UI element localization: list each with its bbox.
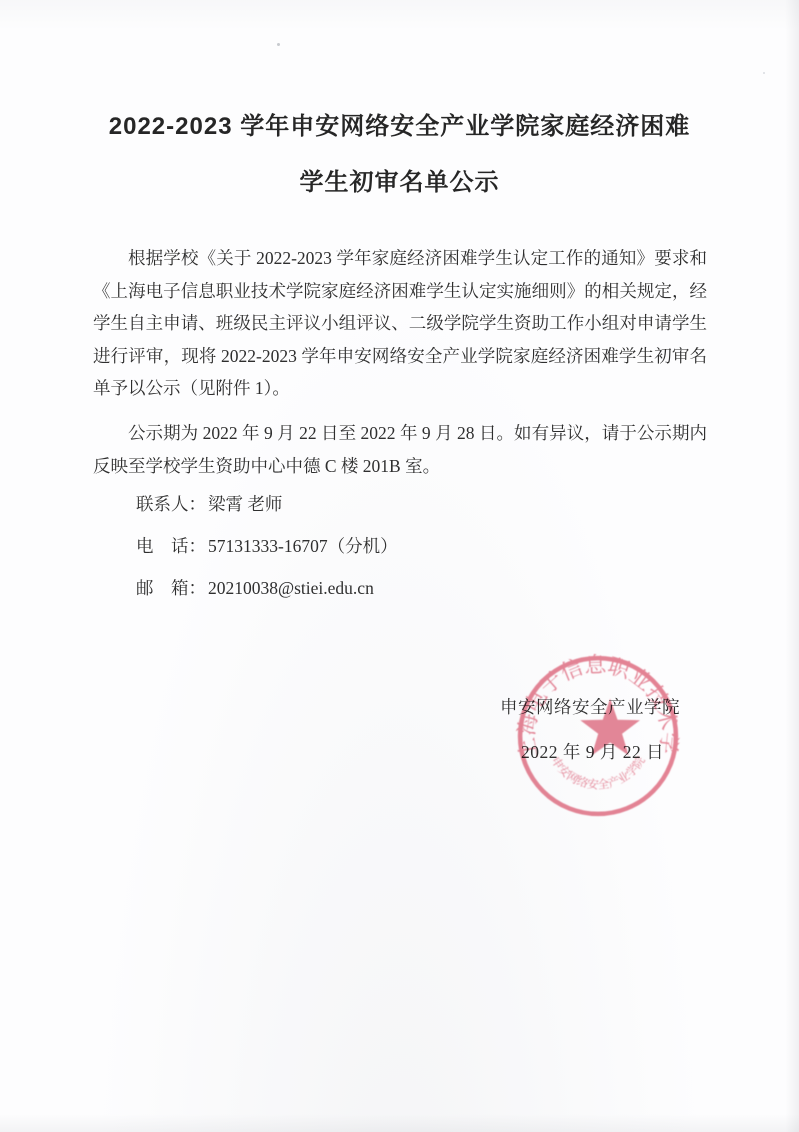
document-title-line1: 2022-2023 学年申安网络安全产业学院家庭经济困难 [0,106,799,141]
document-title-line2: 学生初审名单公示 [0,162,799,197]
scan-speck [277,43,280,46]
body-paragraph-2: 公示期为 2022 年 9 月 22 日至 2022 年 9 月 28 日。如有… [93,417,707,482]
contact-phone-value: 57131333-16707（分机） [208,536,398,556]
contact-person-label: 联系人： [136,494,206,514]
stamp-inner-text: 申安网络安全产业学院 [548,754,648,792]
official-seal-stamp: 上海电子信息职业技术学院 申安网络安全产业学院 [512,650,684,822]
contact-phone-label: 电 话： [136,536,206,556]
contact-email-value: 20210038@stiei.edu.cn [208,578,374,598]
contact-person-value: 梁霄 老师 [208,494,282,514]
body-paragraph-1: 根据学校《关于 2022-2023 学年家庭经济困难学生认定工作的通知》要求和《… [93,242,707,405]
scan-speck [763,72,765,74]
stamp-star-icon [580,699,640,756]
contact-email-line: 邮 箱：20210038@stiei.edu.cn [136,575,374,600]
contact-phone-line: 电 话：57131333-16707（分机） [136,533,398,558]
scan-speck [336,250,338,252]
contact-email-label: 邮 箱： [136,578,206,598]
contact-person-line: 联系人：梁霄 老师 [136,491,282,516]
